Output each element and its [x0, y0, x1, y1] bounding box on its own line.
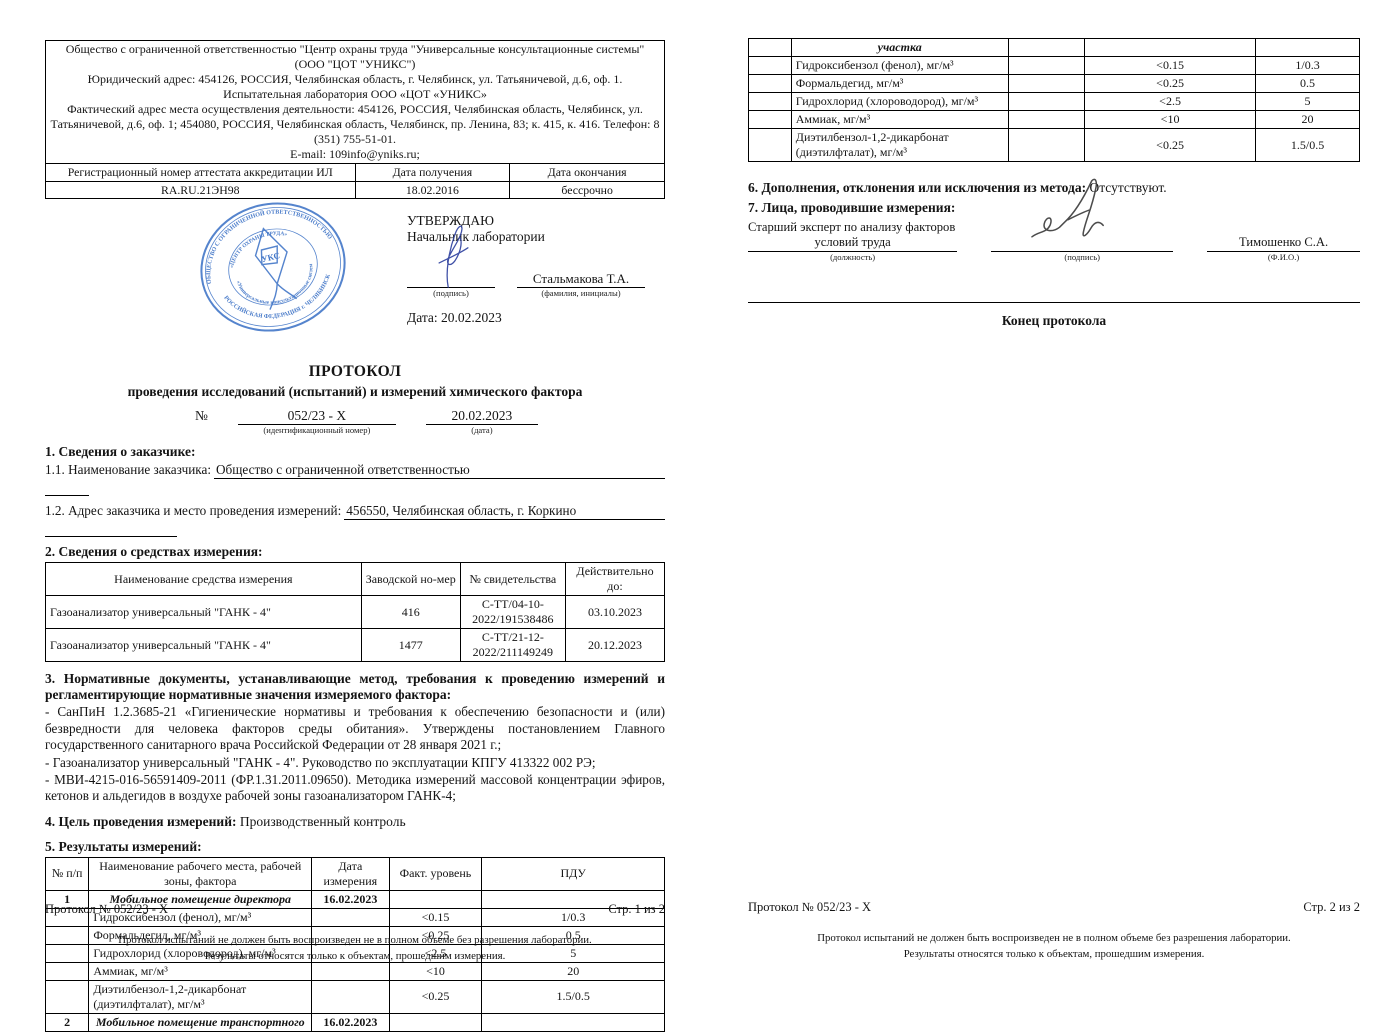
footer-protocol-number: Протокол № 052/23 - X — [748, 900, 871, 915]
approval-block: УТВЕРЖДАЮ Начальник лаборатории (подпись… — [407, 213, 665, 326]
factor-pdu: 20 — [1256, 111, 1360, 129]
customer-name-continuation-line — [45, 483, 89, 496]
customer-name-line: 1.1. Наименование заказчика: Общество с … — [45, 462, 665, 479]
col-date-header: Дата измерения — [312, 857, 389, 890]
customer-name-value: Общество с ограниченной ответственностью — [214, 462, 665, 479]
normative-doc-mvi: - МВИ-4215-016-56591409-2011 (ФР.1.31.20… — [45, 772, 665, 805]
instrument-name: Газоанализатор универсальный "ГАНК - 4" — [46, 596, 362, 629]
empty-cell — [1008, 75, 1084, 93]
page2-disclaimer: Протокол испытаний не должен быть воспро… — [748, 931, 1360, 962]
org-actual-address-line: Фактический адрес места осуществления де… — [50, 102, 660, 147]
instruments-header-row: Наименование средства измерения Заводско… — [46, 563, 665, 596]
factor-pdu: 0.5 — [1256, 75, 1360, 93]
org-legal-address-line: Юридический адрес: 454126, РОССИЯ, Челяб… — [50, 72, 660, 87]
empty-cell — [1008, 93, 1084, 111]
measurer-role-caption: (должность) — [748, 252, 957, 262]
page1-footer: Протокол № 052/23 - X Стр. 1 из 2 — [45, 902, 665, 917]
factor-name: Диэтилбензол-1,2-дикарбонат (диэтилфтала… — [89, 980, 312, 1013]
protocol-page-1: Общество с ограниченной ответственностью… — [45, 40, 665, 970]
measurer-signature-icon — [1025, 176, 1151, 252]
empty-cell — [1008, 39, 1084, 57]
signature-line — [407, 274, 495, 288]
section1-heading: 1. Сведения о заказчике: — [45, 444, 665, 460]
accreditation-values-row: RA.RU.21ЭН98 18.02.2016 бессрочно — [46, 181, 665, 199]
disclaimer-line2: Результаты относятся только к объектам, … — [45, 949, 665, 965]
empty-cell — [1256, 39, 1360, 57]
org-email-line: E-mail: 109info@yniks.ru; — [50, 147, 660, 162]
footer-page-number: Стр. 2 из 2 — [1303, 900, 1360, 915]
factor-fact: <2.5 — [1085, 93, 1256, 111]
protocol-title: ПРОТОКОЛ — [45, 363, 665, 381]
customer-address-continuation-line — [45, 524, 177, 537]
accreditation-header-row: Регистрационный номер аттестата аккредит… — [46, 164, 665, 182]
lab-round-stamp-icon: ОБЩЕСТВО С ОГРАНИЧЕННОЙ ОТВЕТСТВЕННОСТЬЮ… — [195, 201, 351, 333]
instruments-table: Наименование средства измерения Заводско… — [45, 562, 665, 662]
disclaimer-line2: Результаты относятся только к объектам, … — [748, 947, 1360, 963]
reg-number-value: RA.RU.21ЭН98 — [46, 181, 356, 199]
empty-cell — [749, 129, 792, 162]
factor-row: Диэтилбензол-1,2-дикарбонат (диэтилфтала… — [46, 980, 665, 1013]
section2-heading: 2. Сведения о средствах измерения: — [45, 544, 665, 560]
disclaimer-line1: Протокол испытаний не должен быть воспро… — [45, 933, 665, 949]
reg-date-end-value: бессрочно — [510, 181, 665, 199]
measurer-sign-caption: (подпись) — [991, 252, 1173, 262]
instrument-valid-header: Действительно до: — [565, 563, 664, 596]
empty-cell — [1008, 111, 1084, 129]
factor-fact: <0.25 — [1085, 129, 1256, 162]
customer-address-line: 1.2. Адрес заказчика и место проведения … — [45, 503, 665, 520]
disclaimer-line1: Протокол испытаний не должен быть воспро… — [748, 931, 1360, 947]
factor-pdu: 5 — [1256, 93, 1360, 111]
factor-fact: <10 — [389, 962, 482, 980]
instrument-serial: 416 — [361, 596, 460, 629]
customer-address-value: 456550, Челябинская область, г. Коркино — [344, 503, 665, 520]
empty-cell — [1008, 129, 1084, 162]
section4-value: Производственный контроль — [240, 814, 406, 829]
measurers-signature-row: Старший эксперт по анализу факторов усло… — [748, 220, 1360, 262]
approval-zone: ОБЩЕСТВО С ОГРАНИЧЕННОЙ ОТВЕТСТВЕННОСТЬЮ… — [45, 199, 665, 355]
factor-pdu: 1/0.3 — [1256, 57, 1360, 75]
col-num-header: № п/п — [46, 857, 89, 890]
approver-name: Стальмакова Т.А. — [517, 271, 645, 288]
instrument-name: Газоанализатор универсальный "ГАНК - 4" — [46, 629, 362, 662]
group-num: 2 — [46, 1013, 89, 1031]
factor-name: Аммиак, мг/м³ — [89, 962, 312, 980]
measurer-role-line1: Старший эксперт по анализу факторов — [748, 220, 957, 235]
empty-cell — [46, 980, 89, 1013]
instrument-name-header: Наименование средства измерения — [46, 563, 362, 596]
results-table-page2: участка Гидроксибензол (фенол), мг/м³ <0… — [748, 38, 1360, 162]
factor-row: Гидрохлорид (хлороводород), мг/м³ <2.5 5 — [749, 93, 1360, 111]
empty-cell — [749, 93, 792, 111]
approval-date: Дата: 20.02.2023 — [407, 310, 665, 326]
factor-name: Диэтилбензол-1,2-дикарбонат (диэтилфтала… — [791, 129, 1008, 162]
normative-doc-sanpin: - СанПиН 1.2.3685-21 «Гигиенические норм… — [45, 704, 665, 753]
instrument-serial: 1477 — [361, 629, 460, 662]
org-name-line: Общество с ограниченной ответственностью… — [50, 42, 660, 57]
factor-row: Аммиак, мг/м³ <10 20 — [46, 962, 665, 980]
empty-cell — [312, 980, 389, 1013]
group-date: 16.02.2023 — [312, 1013, 389, 1031]
factor-fact: <0.25 — [1085, 75, 1256, 93]
empty-cell — [46, 962, 89, 980]
customer-address-label: 1.2. Адрес заказчика и место проведения … — [45, 503, 344, 520]
results-header-row: № п/п Наименование рабочего места, рабоч… — [46, 857, 665, 890]
factor-name: Аммиак, мг/м³ — [791, 111, 1008, 129]
empty-cell — [749, 39, 792, 57]
page2-footer: Протокол № 052/23 - X Стр. 2 из 2 — [748, 900, 1360, 915]
approver-name-caption: (фамилия, инициалы) — [517, 288, 645, 298]
factor-pdu: 1.5/0.5 — [482, 980, 665, 1013]
reg-number-header: Регистрационный номер аттестата аккредит… — [46, 164, 356, 182]
end-of-protocol-label: Конец протокола — [748, 313, 1360, 329]
factor-name: Формальдегид, мг/м³ — [791, 75, 1008, 93]
workplace-group-row: 2 Мобильное помещение транспортного 16.0… — [46, 1013, 665, 1031]
protocol-number-row: № 052/23 - X (идентификационный номер) 2… — [195, 408, 665, 435]
reg-date-received-header: Дата получения — [355, 164, 510, 182]
instrument-row: Газоанализатор универсальный "ГАНК - 4" … — [46, 629, 665, 662]
empty-cell — [749, 75, 792, 93]
reg-date-received-value: 18.02.2016 — [355, 181, 510, 199]
instrument-row: Газоанализатор универсальный "ГАНК - 4" … — [46, 596, 665, 629]
empty-cell — [312, 962, 389, 980]
empty-cell — [1008, 57, 1084, 75]
org-header-table: Общество с ограниченной ответственностью… — [45, 40, 665, 199]
empty-cell — [389, 1013, 482, 1031]
factor-name: Гидрохлорид (хлороводород), мг/м³ — [791, 93, 1008, 111]
page1-disclaimer: Протокол испытаний не должен быть воспро… — [45, 933, 665, 964]
section4-label: 4. Цель проведения измерений: — [45, 814, 236, 829]
protocol-number-value: 052/23 - X — [238, 408, 396, 425]
workplace-group-continuation-row: участка — [749, 39, 1360, 57]
empty-cell — [1085, 39, 1256, 57]
factor-row: Аммиак, мг/м³ <10 20 — [749, 111, 1360, 129]
measurer-name-caption: (Ф.И.О.) — [1207, 252, 1360, 262]
section3-heading: 3. Нормативные документы, устанавливающи… — [45, 671, 665, 703]
factor-pdu: 1.5/0.5 — [1256, 129, 1360, 162]
col-name-header: Наименование рабочего места, рабочей зон… — [89, 857, 312, 890]
number-sign: № — [195, 408, 208, 424]
measurer-role-line2: условий труда — [748, 235, 957, 250]
factor-name: Гидроксибензол (фенол), мг/м³ — [791, 57, 1008, 75]
factor-fact: <0.15 — [1085, 57, 1256, 75]
customer-name-label: 1.1. Наименование заказчика: — [45, 462, 214, 479]
factor-row: Диэтилбензол-1,2-дикарбонат (диэтилфтала… — [749, 129, 1360, 162]
section5-heading: 5. Результаты измерений: — [45, 839, 665, 855]
protocol-subtitle: проведения исследований (испытаний) и из… — [45, 384, 665, 400]
empty-cell — [749, 111, 792, 129]
instrument-cert: С-ТТ/04-10-2022/191538486 — [460, 596, 565, 629]
footer-page-number: Стр. 1 из 2 — [608, 902, 665, 917]
instrument-cert: С-ТТ/21-12-2022/211149249 — [460, 629, 565, 662]
group-name-continuation: участка — [791, 39, 1008, 57]
head-signature-icon — [425, 219, 479, 291]
normative-doc-gank: - Газоанализатор универсальный "ГАНК - 4… — [45, 755, 665, 771]
empty-cell — [749, 57, 792, 75]
group-name: Мобильное помещение транспортного — [89, 1013, 312, 1031]
org-info-cell: Общество с ограниченной ответственностью… — [46, 41, 665, 164]
org-info-row: Общество с ограниченной ответственностью… — [46, 41, 665, 164]
org-lab-line: Испытательная лаборатория ООО «ЦОТ «УНИК… — [50, 87, 660, 102]
col-fact-header: Факт. уровень — [389, 857, 482, 890]
reg-date-end-header: Дата окончания — [510, 164, 665, 182]
measurer-role-lines: Старший эксперт по анализу факторов усло… — [748, 220, 957, 252]
factor-row: Формальдегид, мг/м³ <0.25 0.5 — [749, 75, 1360, 93]
instrument-serial-header: Заводской но-мер — [361, 563, 460, 596]
protocol-date-caption: (дата) — [426, 425, 538, 435]
instrument-valid: 03.10.2023 — [565, 596, 664, 629]
measurer-name: Тимошенко С.А. — [1207, 235, 1360, 252]
org-short-name-line: (ООО "ЦОТ "УНИКС") — [50, 57, 660, 72]
section4-line: 4. Цель проведения измерений: Производст… — [45, 814, 665, 830]
factor-pdu: 20 — [482, 962, 665, 980]
col-pdu-header: ПДУ — [482, 857, 665, 890]
protocol-date-value: 20.02.2023 — [426, 408, 538, 425]
instrument-cert-header: № свидетельства — [460, 563, 565, 596]
instrument-valid: 20.12.2023 — [565, 629, 664, 662]
empty-cell — [482, 1013, 665, 1031]
protocol-page-2: участка Гидроксибензол (фенол), мг/м³ <0… — [748, 38, 1360, 968]
approval-signature-row: (подпись) Стальмакова Т.А. (фамилия, ини… — [407, 271, 665, 298]
factor-fact: <0.25 — [389, 980, 482, 1013]
footer-protocol-number: Протокол № 052/23 - X — [45, 902, 168, 917]
document-canvas: { "doc": { "page1": { "org": { "line1": … — [0, 0, 1400, 990]
protocol-number-caption: (идентификационный номер) — [238, 425, 396, 435]
end-of-protocol-rule — [748, 302, 1360, 303]
factor-row: Гидроксибензол (фенол), мг/м³ <0.15 1/0.… — [749, 57, 1360, 75]
factor-fact: <10 — [1085, 111, 1256, 129]
